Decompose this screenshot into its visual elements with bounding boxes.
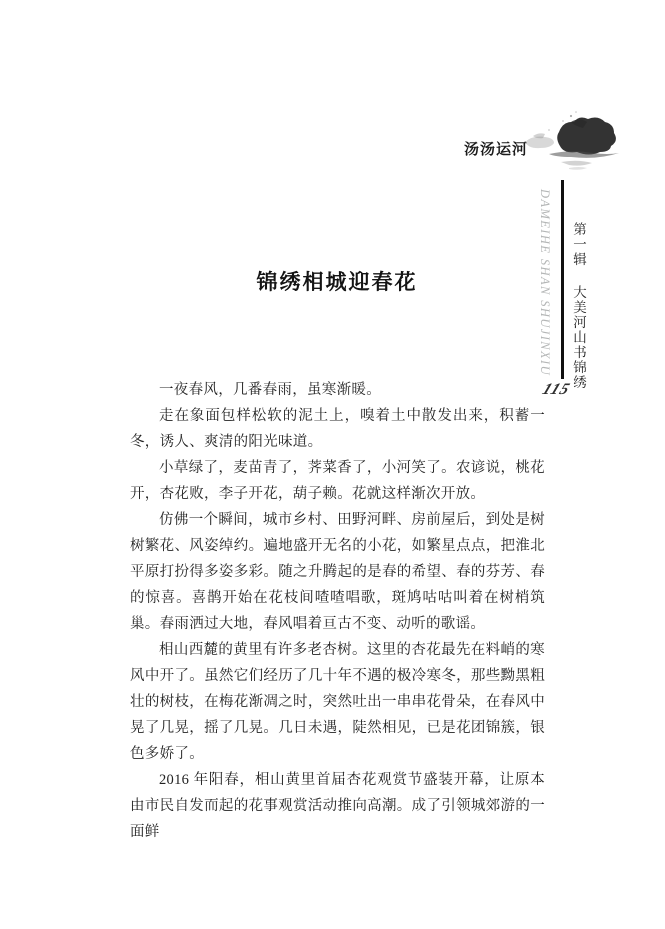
sidebar-divider-line — [561, 180, 564, 379]
series-volume-label: 第一辑 — [568, 222, 588, 267]
paragraph-3: 小草绿了，麦苗青了，荠菜香了，小河笑了。农谚说，桃花开，杏花败，李子开花，葫子赖… — [130, 455, 545, 507]
paragraph-6: 2016 年阳春，相山黄里首届杏花观赏节盛装开幕，让原本由市民自发而起的花事观赏… — [130, 767, 545, 845]
ink-wash-painting — [519, 108, 639, 176]
book-page: 汤汤运河 DAMEIHE SHAN SHUJINXIU 第一辑 大美河山书锦绣 … — [0, 0, 665, 929]
series-name: 大美河山书锦绣 — [568, 285, 588, 390]
paragraph-1: 一夜春风，几番春雨，虽寒渐暖。 — [130, 377, 545, 403]
paragraph-5: 相山西麓的黄里有许多老杏树。这里的杏花最先在料峭的寒风中开了。虽然它们经历了几十… — [130, 637, 545, 767]
paragraph-4: 仿佛一个瞬间，城市乡村、田野河畔、房前屋后，到处是树树繁花、风姿绰约。遍地盛开无… — [130, 507, 545, 637]
article-title: 锦绣相城迎春花 — [130, 266, 544, 296]
article-body: 一夜春风，几番春雨，虽寒渐暖。 走在象面包样松软的泥土上，嗅着土中散发出来，积蓄… — [130, 377, 545, 845]
paragraph-2: 走在象面包样松软的泥土上，嗅着土中散发出来，积蓄一冬，诱人、爽清的阳光味道。 — [130, 403, 545, 455]
